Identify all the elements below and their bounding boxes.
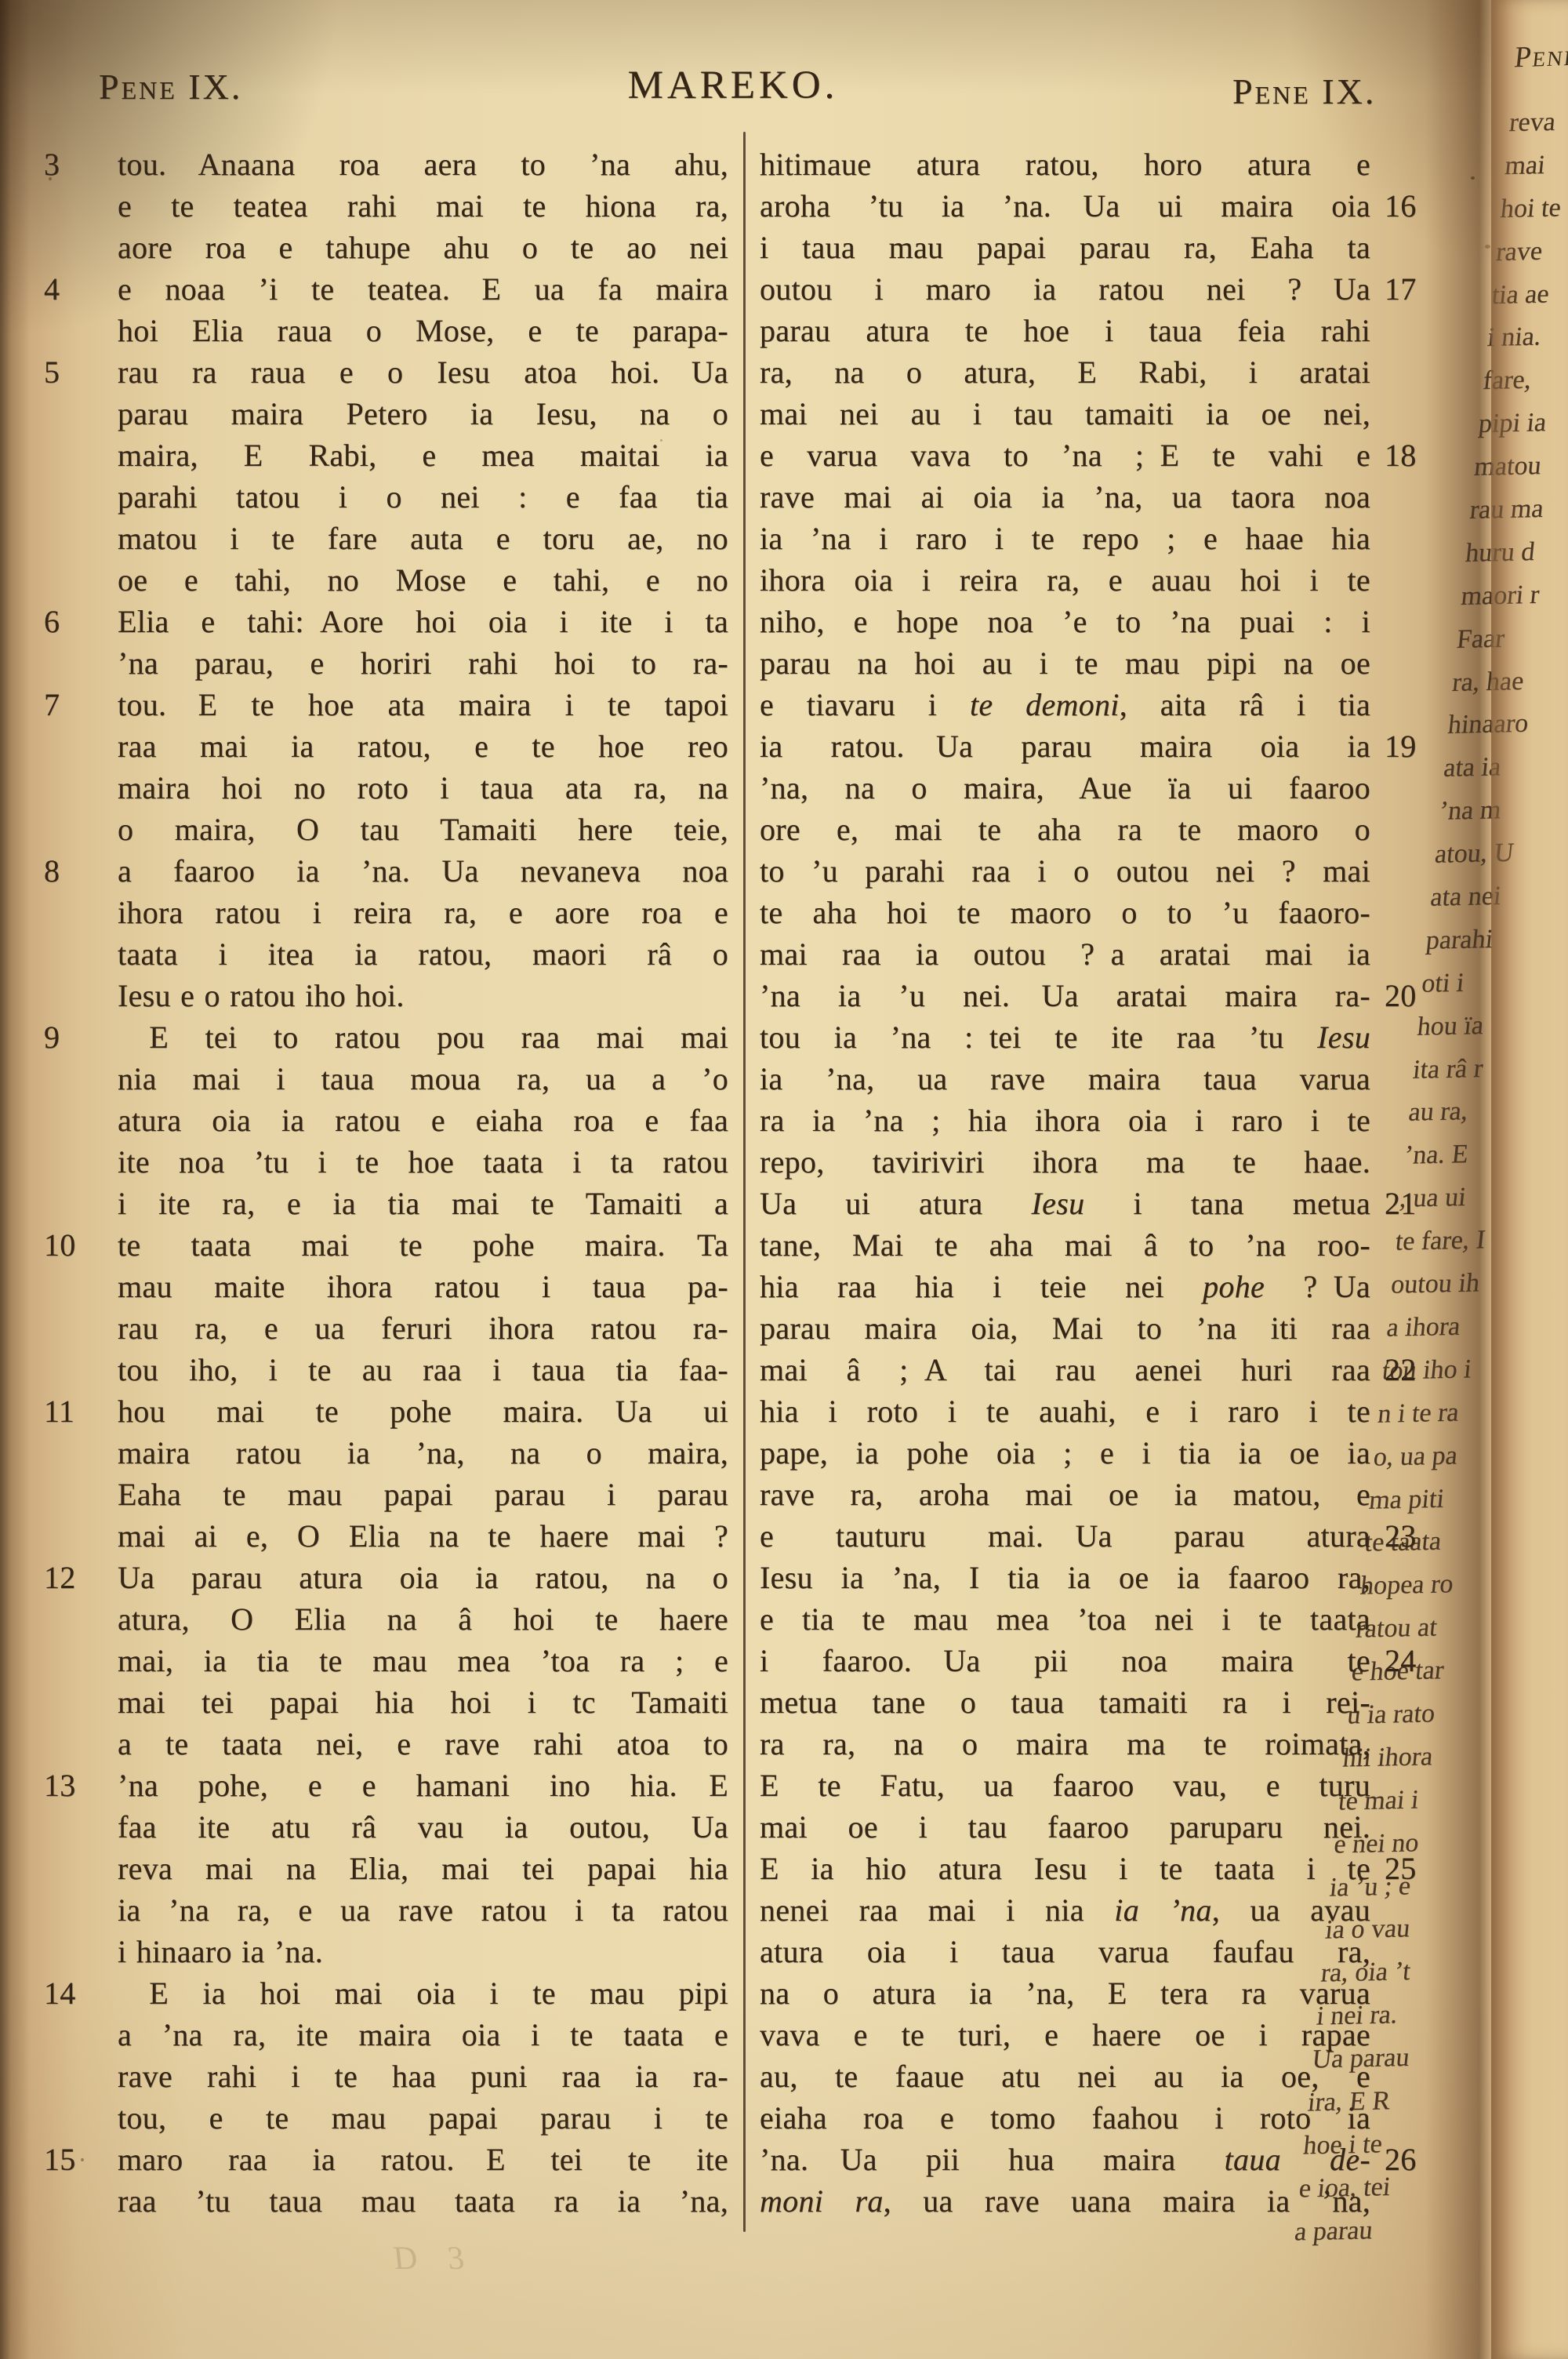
next-page-text-line: hopea ro (1358, 1561, 1568, 1608)
next-page-text-line: o, ua pa (1371, 1431, 1568, 1479)
next-page-text-line: fare, (1481, 355, 1568, 403)
ink-speck (49, 177, 52, 180)
next-page-text-line: rave (1494, 226, 1568, 274)
next-page-text-line: n i te ra (1376, 1388, 1568, 1436)
text-line: i taua mau papai parau ra, Eaha ta (760, 227, 1370, 268)
next-page-text-line: matou (1472, 442, 1568, 489)
text-line: 19ia ratou. Ua parau maira oia ia (760, 725, 1370, 767)
next-page-text-line: parahi (1424, 914, 1568, 962)
next-page-text-line: u ia rato (1345, 1689, 1568, 1737)
text-line: 4e noaa ’i te teatea. E ua fa maira (118, 268, 728, 310)
text-line: ia ’na, ua rave maira taua varua (760, 1058, 1370, 1100)
text-line: repo, taviriviri ihora ma te haae. (760, 1141, 1370, 1183)
text-line: 17outou i maro ia ratou nei ? Ua (760, 268, 1370, 310)
text-line: 8a faaroo ia ’na. Ua nevaneva noa (118, 850, 728, 892)
next-page-text-line: ita râ r (1410, 1044, 1568, 1092)
text-line: parau atura te hoe i taua feia rahi (760, 310, 1370, 351)
verse-number: 5 (44, 351, 107, 393)
text-line: to ’u parahi raa i o outou nei ? mai (760, 850, 1370, 892)
next-page-running-title: Pene (1513, 38, 1568, 75)
text-line: 18e varua vava to ’na ; E te vahi e (760, 434, 1370, 476)
text-line: nenei raa mai i nia ia ’na, ua avau (760, 1889, 1370, 1931)
next-page-text-line: hii ihora (1341, 1732, 1568, 1780)
verse-number: 11 (44, 1390, 107, 1432)
text-line: ia ’na ra, e ua rave ratou i ta ratou (118, 1889, 728, 1931)
text-line: ’na, na o maira, Aue ïa ui faaroo (760, 767, 1370, 809)
text-line: e tiavaru i te demoni, aita râ i tia (760, 684, 1370, 725)
text-line: tane, Mai te aha mai â to ’na roo- (760, 1224, 1370, 1266)
text-line: maira, E Rabi, e mea maitai ia (118, 434, 728, 476)
text-line: mau maite ihora ratou i taua pa- (118, 1266, 728, 1307)
text-line: ore e, mai te aha ra te maoro o (760, 809, 1370, 850)
verse-number: 10 (44, 1224, 107, 1266)
verse-number: 16 (1385, 185, 1455, 227)
text-line: mai oe i tau faaroo paruparu nei. (760, 1806, 1370, 1848)
verse-number: 17 (1385, 268, 1455, 310)
next-page-text-line: mai (1503, 140, 1568, 188)
text-line: atura, O Elia na â hoi te haere (118, 1598, 728, 1640)
text-line: moni ra, ua rave uana maira ia ’na, (760, 2180, 1370, 2222)
next-page-text-line: hinaaro (1446, 700, 1568, 747)
text-line: hia i roto i te auahi, e i raro i te (760, 1390, 1370, 1432)
verse-number: 9 (44, 1016, 107, 1058)
text-line: hitimaue atura ratou, horo atura e (760, 144, 1370, 185)
next-page-text-line: ra, hae (1450, 656, 1568, 704)
text-line: atura oia ia ratou e eiaha roa e faa (118, 1100, 728, 1141)
verse-number: 15 (44, 2139, 107, 2180)
text-line: niho, e hope noa ’e to ’na puai : i (760, 601, 1370, 642)
text-line: 10te taata mai te pohe maira. Ta (118, 1224, 728, 1266)
page-title: MAREKO. (549, 63, 917, 108)
ink-speck (81, 2158, 84, 2161)
text-line: mai tei papai hia hoi i tc Tamaiti (118, 1681, 728, 1723)
text-line: mai nei au i tau tamaiti ia oe nei, (760, 393, 1370, 434)
text-line: na o atura ia ’na, E tera ra varua (760, 1972, 1370, 2014)
ink-speck (1485, 245, 1490, 249)
next-page-text-line: atou, U (1432, 829, 1568, 877)
text-line: 6Elia e tahi: Aore hoi oia i ite i ta (118, 601, 728, 642)
text-line: 13’na pohe, e e hamani ino hia. E (118, 1765, 728, 1806)
running-title-right: Pene IX. (1232, 71, 1376, 112)
ink-speck (660, 439, 662, 442)
text-line: mai, ia tia te mau mea ’toa ra ; e (118, 1640, 728, 1681)
text-line: hoi Elia raua o Mose, e te parapa- (118, 310, 728, 351)
verse-number: 21 (1385, 1183, 1455, 1224)
text-line: 15maro raa ia ratou. E tei te ite (118, 2139, 728, 2180)
verse-number: 13 (44, 1765, 107, 1806)
text-line: ra ia ’na ; hia ihora oia i raro i te (760, 1100, 1370, 1141)
text-line: ihora oia i reira ra, e auau hoi i te (760, 559, 1370, 601)
next-page-edge: Pene revamaihoi teravetia aei nia.fare,p… (1491, 0, 1568, 2359)
text-line: ihora ratou i reira ra, e aore roa e (118, 892, 728, 933)
verse-number: 26 (1385, 2139, 1455, 2180)
next-page-text-line: ata ia (1442, 743, 1568, 791)
text-line: Iesu e o ratou iho hoi. (118, 975, 728, 1016)
verse-number: 6 (44, 601, 107, 642)
text-line: metua tane o taua tamaiti ra i rei- (760, 1681, 1370, 1723)
text-line: i hinaaro ia ’na. (118, 1931, 728, 1972)
text-line: e tia te mau mea ’toa nei i te taata (760, 1598, 1370, 1640)
text-line: parahi tatou i o nei : e faa tia (118, 476, 728, 518)
verse-number: 19 (1385, 725, 1455, 767)
text-line: rave ra, aroha mai oe ia matou, e (760, 1474, 1370, 1515)
verse-number: 14 (44, 1972, 107, 2014)
next-page-text-line: rau ma (1468, 485, 1568, 533)
text-line: 7tou. E te hoe ata maira i te tapoi (118, 684, 728, 725)
text-line: rave mai ai oia ia ’na, ua taora noa (760, 476, 1370, 518)
text-line: oe e tahi, no Mose e tahi, e no (118, 559, 728, 601)
text-line: ra ra, na o maira ma te roimata, (760, 1723, 1370, 1765)
text-line: faa ite atu râ vau ia outou, Ua (118, 1806, 728, 1848)
next-page-text-line: au ra, (1406, 1087, 1568, 1135)
text-line: Eaha te mau papai parau i parau (118, 1474, 728, 1515)
text-line: ite noa ’tu i te hoe taata i ta ratou (118, 1141, 728, 1183)
text-line: tou, e te mau papai parau i te (118, 2097, 728, 2139)
text-line: eiaha roa e tomo faahou i roto ia (760, 2097, 1370, 2139)
text-line: a te taata nei, e rave rahi atoa to (118, 1723, 728, 1765)
text-line: 9 E tei to ratou pou raa mai mai (118, 1016, 728, 1058)
verse-number: 20 (1385, 975, 1455, 1016)
next-page-text-line: te mai i (1336, 1776, 1568, 1823)
text-line: mai ai e, O Elia na te haere mai ? (118, 1515, 728, 1557)
text-line: i ite ra, e ia tia mai te Tamaiti a (118, 1183, 728, 1224)
verse-number: 23 (1385, 1515, 1455, 1557)
column-divider (743, 132, 746, 2232)
text-line: 11hou mai te pohe maira. Ua ui (118, 1390, 728, 1432)
text-line: nia mai i taua moua ra, ua a ’o (118, 1058, 728, 1100)
text-line: parau maira oia, Mai to ’na iti raa (760, 1307, 1370, 1349)
next-page-text-line: i nia. (1485, 312, 1568, 360)
running-title-left: Pene IX. (99, 66, 242, 107)
text-line: 26’na. Ua pii hua maira taua de- (760, 2139, 1370, 2180)
text-line: reva mai na Elia, mai tei papai hia (118, 1848, 728, 1889)
verse-number: 22 (1385, 1349, 1455, 1390)
left-text-column: 3tou. Anaana roa aera to ’na ahu,e te te… (118, 144, 728, 2222)
text-line: 25E ia hio atura Iesu i te taata i te (760, 1848, 1370, 1889)
next-page-text-line: hoi te (1498, 183, 1568, 231)
text-line: 12Ua parau atura oia ia ratou, na o (118, 1557, 728, 1598)
text-line: 21Ua ui atura Iesu i tana metua (760, 1183, 1370, 1224)
verse-number: 3 (44, 144, 107, 185)
verse-number: 18 (1385, 434, 1455, 476)
verse-number: 25 (1385, 1848, 1455, 1889)
next-page-text-line: pipi ia (1476, 398, 1568, 446)
text-line: a ’na ra, ite maira oia i te taata e (118, 2014, 728, 2055)
text-line: maira ratou ia ’na, na o maira, (118, 1432, 728, 1474)
text-line: 22mai â ; A tai rau aenei huri raa (760, 1349, 1370, 1390)
verse-number: 12 (44, 1557, 107, 1598)
verse-number: 8 (44, 850, 107, 892)
verse-number: 7 (44, 684, 107, 725)
text-line: au, te faaue atu nei au ia oe, e (760, 2055, 1370, 2097)
text-line: Iesu ia ’na, I tia ia oe ia faaroo ra, (760, 1557, 1370, 1598)
text-line: tou ia ’na : tei te ite raa ’tu Iesu (760, 1016, 1370, 1058)
text-line: rau ra, e ua feruri ihora ratou ra- (118, 1307, 728, 1349)
bleedthrough-ghost-text: D 3 (391, 2240, 477, 2277)
next-page-text-line: ’na. E (1402, 1130, 1568, 1178)
text-line: 23e tauturu mai. Ua parau atura (760, 1515, 1370, 1557)
next-page-text-line: ’na m (1437, 786, 1568, 834)
text-line: pape, ia pohe oia ; e i tia ia oe ia (760, 1432, 1370, 1474)
next-page-text-line: Faar (1454, 613, 1568, 661)
next-page-text-line: ata nei (1428, 872, 1568, 920)
text-line: e te teatea rahi mai te hiona ra, (118, 185, 728, 227)
text-line: 16aroha ’tu ia ’na. Ua ui maira oia (760, 185, 1370, 227)
text-line: taata i itea ia ratou, maori râ o (118, 933, 728, 975)
text-line: 20’na ia ’u nei. Ua aratai maira ra- (760, 975, 1370, 1016)
verse-number: 4 (44, 268, 107, 310)
next-page-text-line: huru d (1464, 528, 1568, 576)
text-line: parau na hoi au i te mau pipi na oe (760, 642, 1370, 684)
text-line: matou i te fare auta e toru ae, no (118, 518, 728, 559)
text-line: 3tou. Anaana roa aera to ’na ahu, (118, 144, 728, 185)
next-page-text-line: maori r (1459, 570, 1568, 618)
next-page-text-line: tia ae (1490, 269, 1568, 317)
text-line: aore roa e tahupe ahu o te ao nei (118, 227, 728, 268)
next-page-text-line: e hoe tar (1349, 1646, 1568, 1694)
next-page-text-line: reva (1507, 97, 1568, 145)
text-line: 5rau ra raua e o Iesu atoa hoi. Ua (118, 351, 728, 393)
text-line: ra, na o atura, E Rabi, i aratai (760, 351, 1370, 393)
text-line: raa mai ia ratou, e te hoe reo (118, 725, 728, 767)
text-line: mai raa ia outou ? a aratai mai ia (760, 933, 1370, 975)
text-line: 14 E ia hoi mai oia i te mau pipi (118, 1972, 728, 2014)
text-line: vava e te turi, e haere oe i rapae (760, 2014, 1370, 2055)
text-line: o maira, O tau Tamaiti here teie, (118, 809, 728, 850)
next-page-text-line: a ihora (1385, 1302, 1568, 1350)
next-page-text-line: outou ih (1389, 1259, 1568, 1307)
text-line: parau maira Petero ia Iesu, na o (118, 393, 728, 434)
text-line: tou iho, i te au raa i taua tia faa- (118, 1349, 728, 1390)
text-line: ’na parau, e horiri rahi hoi to ra- (118, 642, 728, 684)
book-page-scan: Pene revamaihoi teravetia aei nia.fare,p… (0, 0, 1568, 2359)
ink-speck (1471, 176, 1475, 180)
text-line: rave rahi i te haa puni raa ia ra- (118, 2055, 728, 2097)
text-line: te aha hoi te maoro o to ’u faaoro- (760, 892, 1370, 933)
text-line: hia raa hia i teie nei pohe ? Ua (760, 1266, 1370, 1307)
text-line: atura oia i taua varua faufau ra, (760, 1931, 1370, 1972)
verse-number: 24 (1385, 1640, 1455, 1681)
text-line: ia ’na i raro i te repo ; e haae hia (760, 518, 1370, 559)
text-line: 24i faaroo. Ua pii noa maira te (760, 1640, 1370, 1681)
text-line: maira hoi no roto i taua ata ra, na (118, 767, 728, 809)
text-line: E te Fatu, ua faaroo vau, e turu (760, 1765, 1370, 1806)
text-line: raa ’tu taua mau taata ra ia ’na, (118, 2180, 728, 2222)
right-text-column: hitimaue atura ratou, horo atura e16aroh… (760, 144, 1370, 2222)
